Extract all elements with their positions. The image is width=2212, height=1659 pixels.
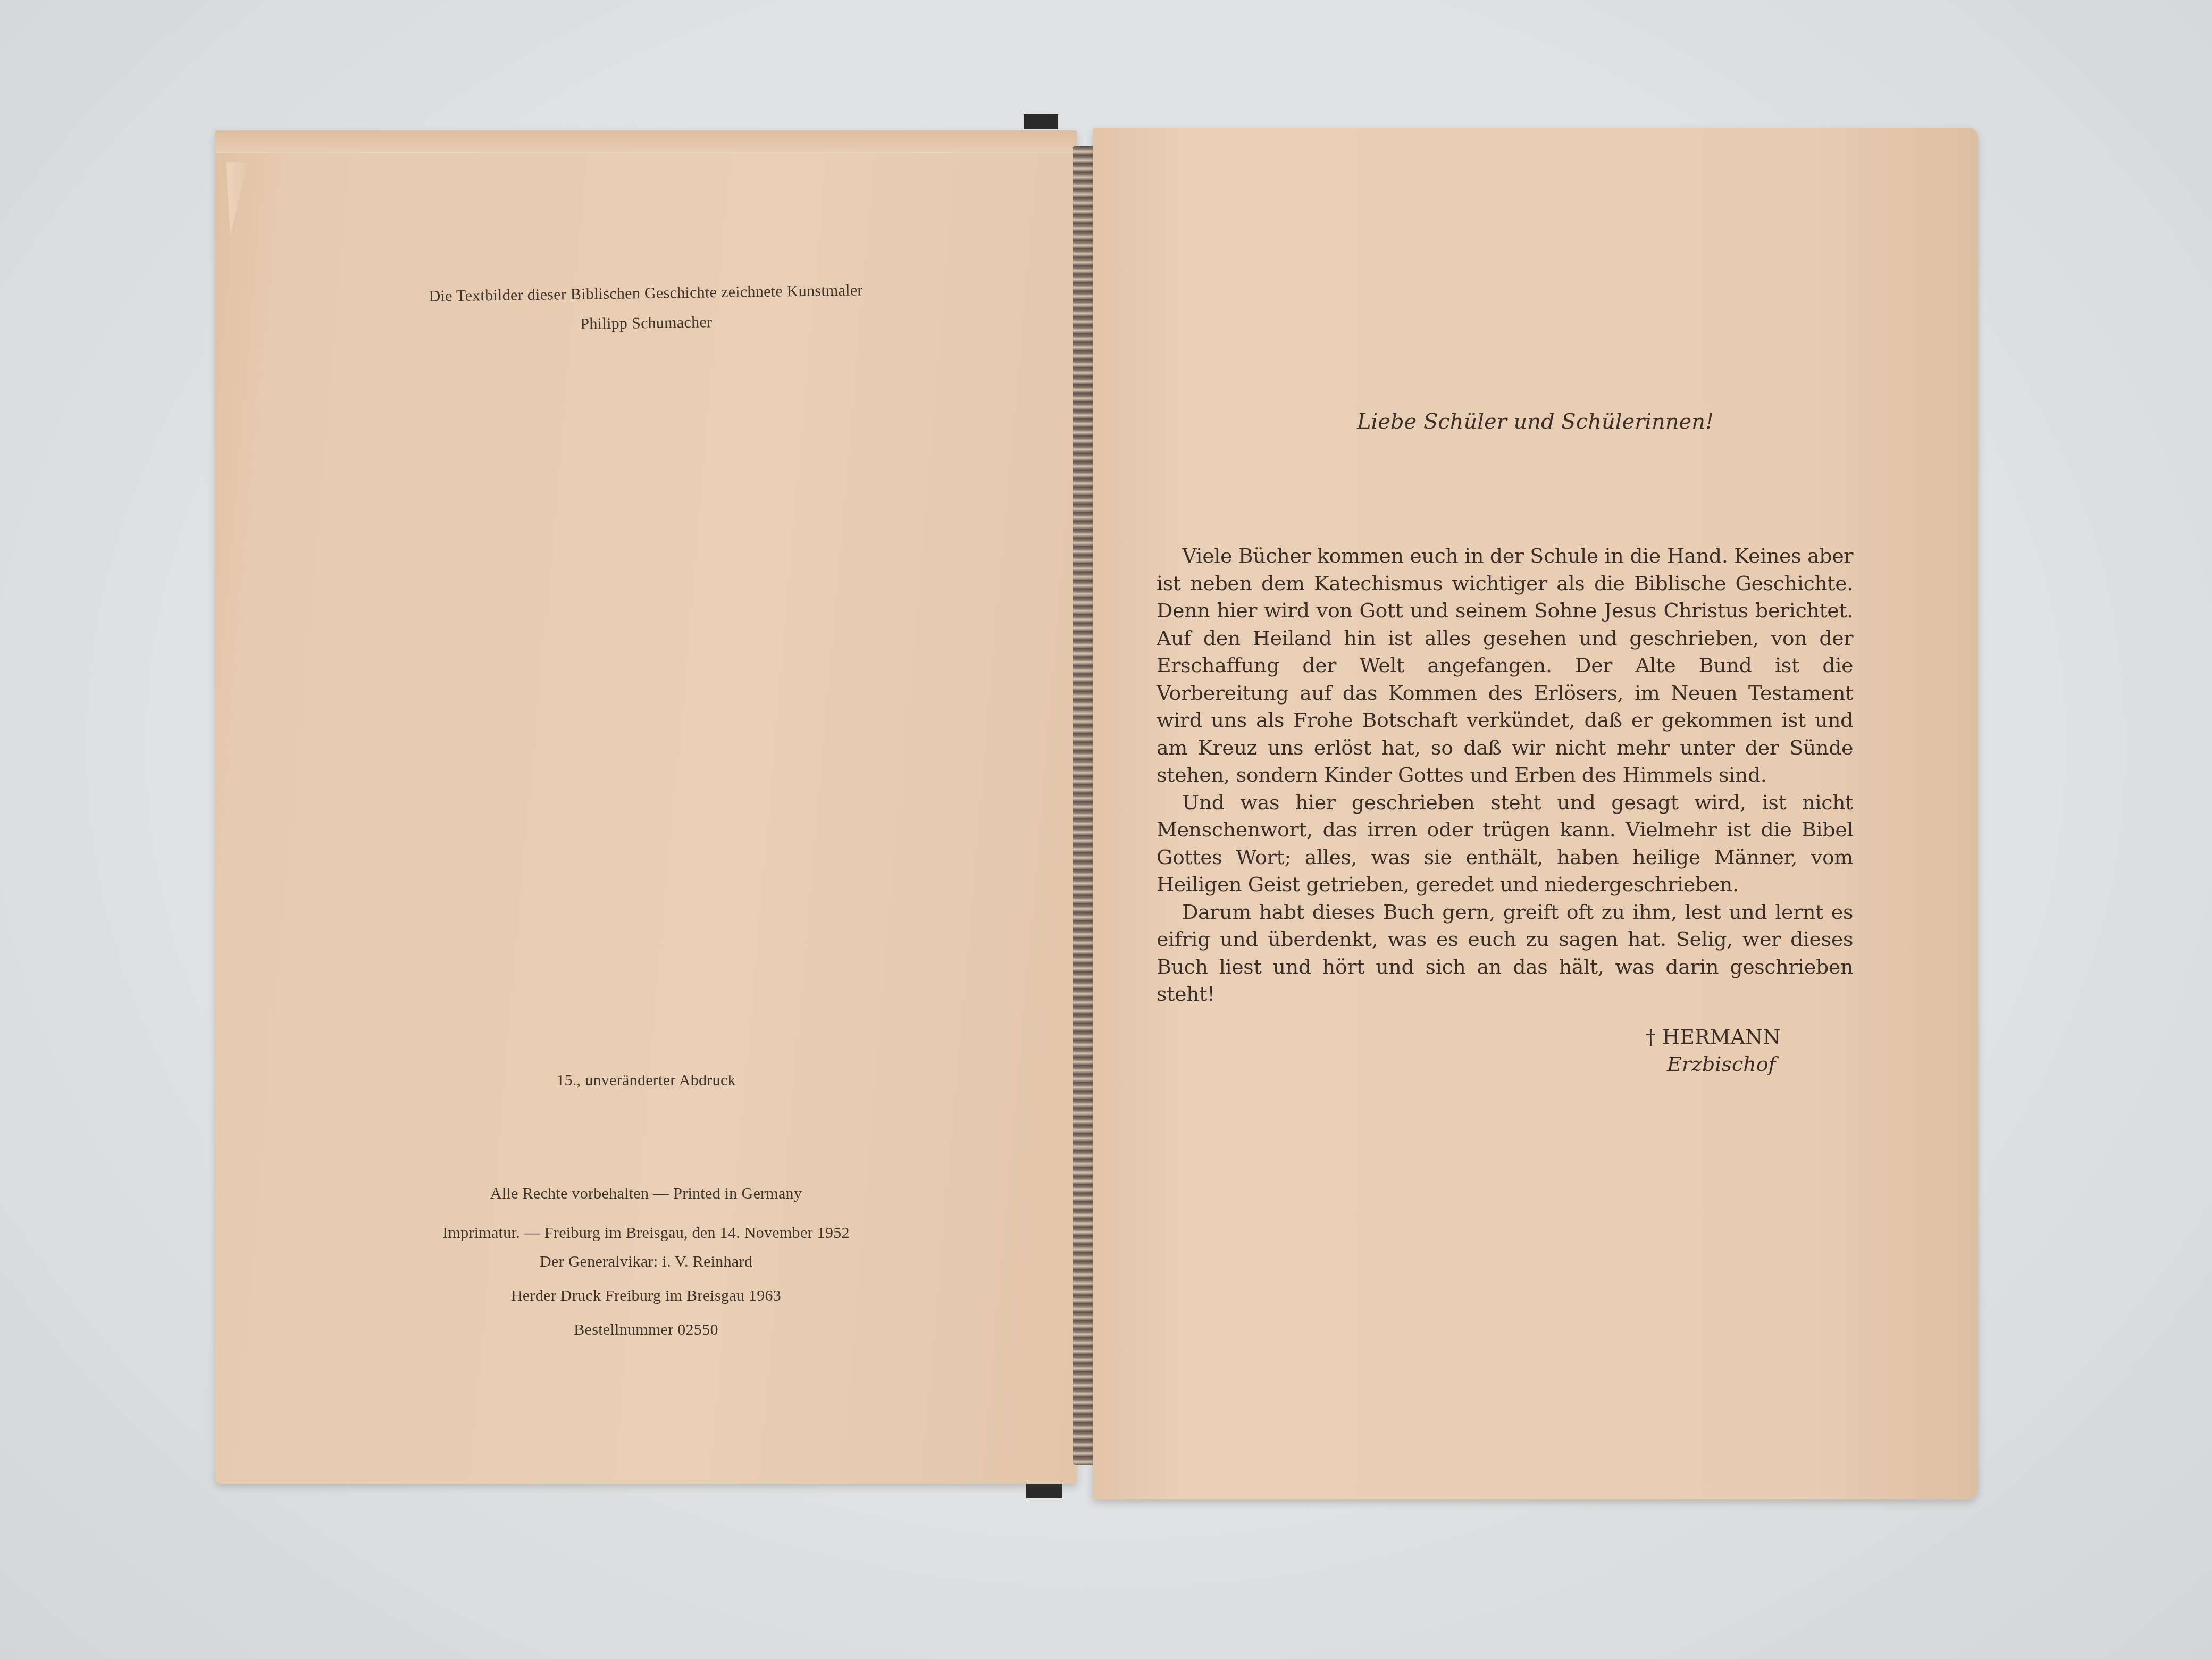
page-corner-crease — [226, 162, 247, 237]
illustrator-credit-line: Die Textbilder dieser Biblischen Geschic… — [215, 279, 1076, 309]
book-cover-edge-top — [1024, 114, 1058, 129]
printer-line: Herder Druck Freiburg im Breisgau 1963 — [215, 1288, 1077, 1304]
order-number: Bestellnummer 02550 — [215, 1322, 1077, 1338]
edition-note: 15., unveränderter Abdruck — [215, 1071, 1077, 1090]
letter-paragraph: Und was hier geschrieben steht und gesag… — [1157, 789, 1853, 899]
letter-paragraph: Darum habt dieses Buch gern, greift oft … — [1157, 899, 1853, 1008]
signatory-title: Erzbischof — [1646, 1051, 1780, 1078]
vicar-general: Der Generalvikar: i. V. Reinhard — [215, 1254, 1077, 1270]
imprimatur: Imprimatur. — Freiburg im Breisgau, den … — [215, 1225, 1077, 1241]
rights-notice: Alle Rechte vorbehalten — Printed in Ger… — [215, 1186, 1077, 1202]
book-cover-edge-bottom — [1026, 1484, 1062, 1498]
letter-paragraph: Viele Bücher kommen euch in der Schule i… — [1157, 542, 1853, 789]
signatory-name: † HERMANN — [1646, 1025, 1780, 1049]
illustrator-name: Philipp Schumacher — [215, 308, 1077, 339]
left-page: Die Textbilder dieser Biblischen Geschic… — [215, 130, 1077, 1484]
preface-letter: Viele Bücher kommen euch in der Schule i… — [1157, 542, 1853, 1008]
imprint-block: Alle Rechte vorbehalten — Printed in Ger… — [215, 1186, 1077, 1356]
right-page: Liebe Schüler und Schülerinnen! Viele Bü… — [1093, 128, 1978, 1499]
page-fold — [215, 130, 1077, 153]
illustrator-credit: Die Textbilder dieser Biblischen Geschic… — [215, 279, 1077, 339]
salutation-heading: Liebe Schüler und Schülerinnen! — [1093, 409, 1978, 434]
signature-block: † HERMANN Erzbischof — [1646, 1024, 1780, 1078]
